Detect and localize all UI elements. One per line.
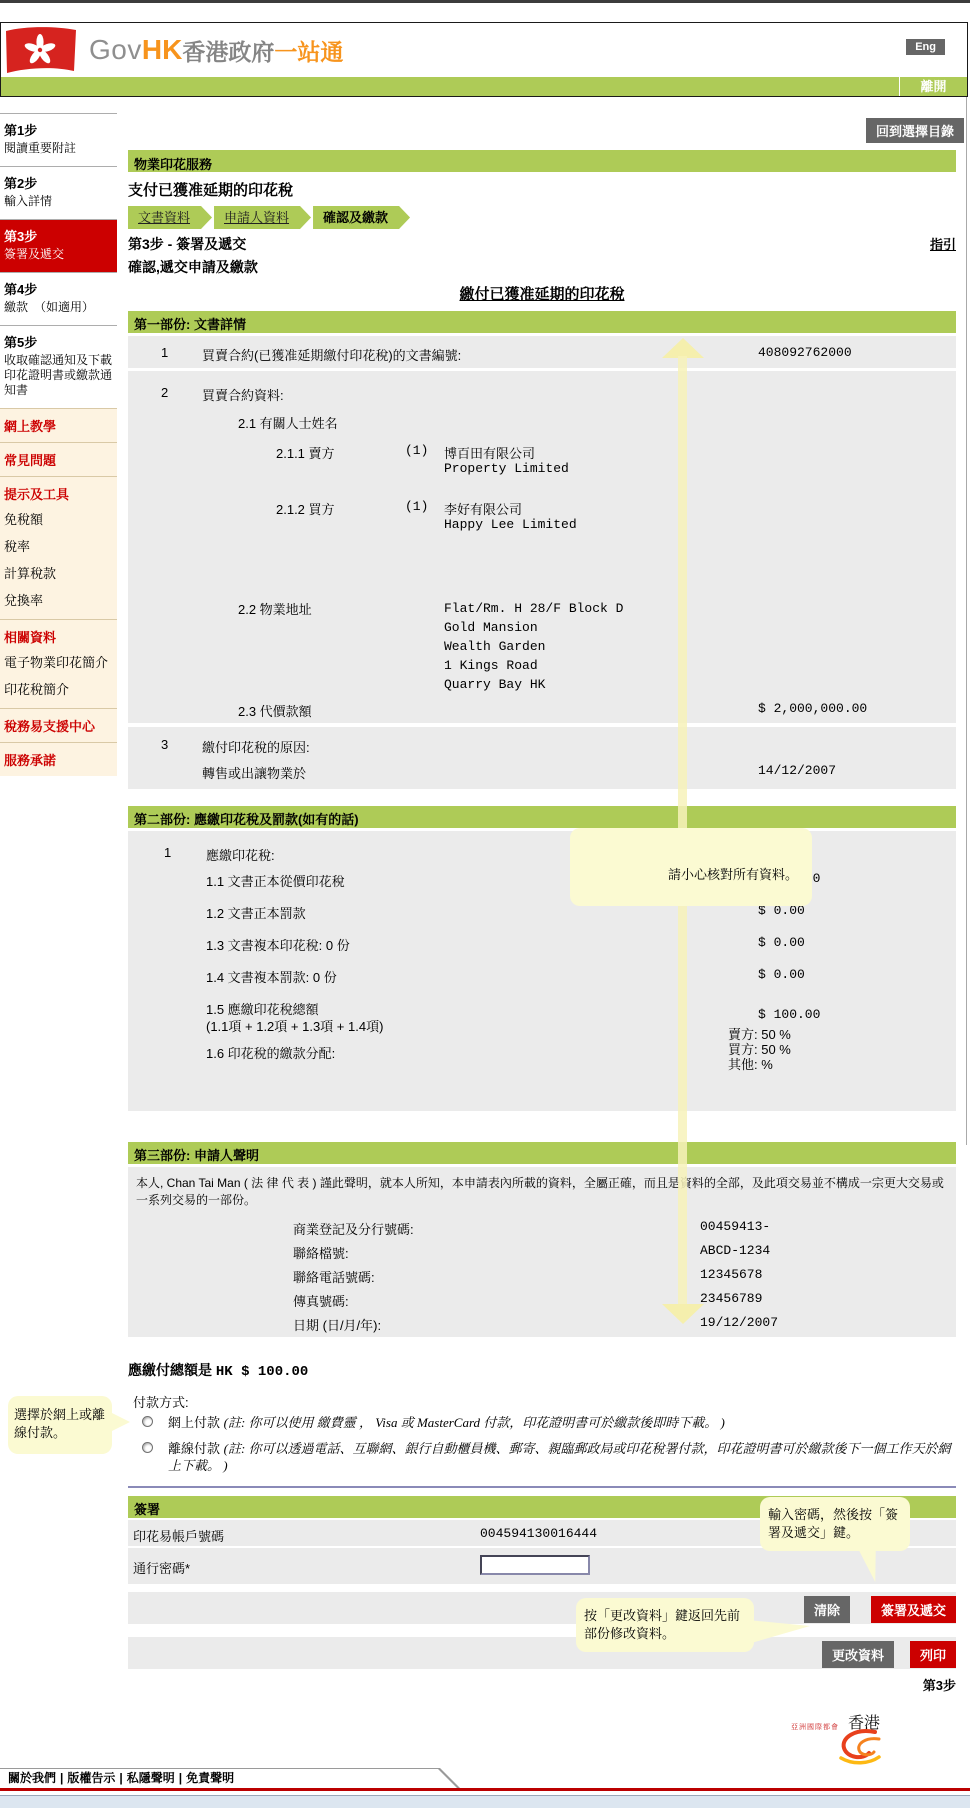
tab-document-info[interactable]: 文書資料 xyxy=(128,206,212,229)
leave-button[interactable]: 離開 xyxy=(899,77,967,96)
document-heading: 繳付已獲准延期的印花稅 xyxy=(128,283,956,301)
section-divider xyxy=(128,1486,956,1488)
property-address-value: Flat/Rm. H 28/F Block D Gold Mansion Wea… xyxy=(444,599,623,694)
part1-row1: 1 買賣合約(已獲准延期繳付印花稅)的文書編號: 408092762000 xyxy=(128,336,956,368)
row-number: 3 xyxy=(161,737,168,752)
print-button[interactable]: 列印 xyxy=(910,1641,956,1668)
service-bar: 物業印花服務 xyxy=(128,150,956,172)
bottom-step-label: 第3步 xyxy=(128,1675,956,1694)
sidebar-step-5[interactable]: 第5步 收取確認通知及下載印花證明書或繳款通知書 xyxy=(0,325,117,408)
contact-file-value: ABCD-1234 xyxy=(700,1243,770,1258)
sidebar-item-faq[interactable]: 常見問題 xyxy=(0,442,117,476)
callout-choose-payment: 選擇於網上或離線付款。 xyxy=(8,1396,112,1454)
part2-body: 1 應繳印花稅: 1.1 文書正本從價印花稅 $ 100.00 1.2 文書正本… xyxy=(128,831,956,1111)
password-row: 通行密碼* xyxy=(128,1548,956,1584)
logo-cn-text: 香港政府 xyxy=(182,34,274,67)
offline-payment-label: 離線付款 xyxy=(168,1441,220,1456)
declaration-text: 本人, Chan Tai Man ( 法 律 代 表 ) 謹此聲明，就本人所知，… xyxy=(136,1175,946,1209)
duty-12-label: 1.2 文書正本罰款 xyxy=(206,903,306,922)
consideration-label: 2.3 代價款額 xyxy=(238,701,312,720)
purchaser-index: (1) xyxy=(405,499,428,514)
step-heading: 第3步 - 簽署及遞交 xyxy=(128,236,246,252)
account-value: 004594130016444 xyxy=(480,1526,597,1541)
payment-method-label: 付款方式: xyxy=(128,1392,964,1408)
duty-intro-label: 應繳印花稅: xyxy=(206,845,275,864)
br-number-value: 00459413- xyxy=(700,1219,770,1234)
sidebar-step-4[interactable]: 第4步 繳款 （如適用） xyxy=(0,272,117,325)
footer-red-line xyxy=(0,1788,970,1791)
stamp-reason-sub: 轉售或出讓物業於 xyxy=(202,763,306,782)
part2-header: 第二部份: 應繳印花稅及罰款(如有的話) xyxy=(128,806,956,828)
tab-applicant-info[interactable]: 申請人資料 xyxy=(214,206,311,229)
sidebar-step-1[interactable]: 第1步 閱讀重要附註 xyxy=(0,113,117,166)
vendor-label: 2.1.1 賣方 xyxy=(276,443,335,462)
logo-cn2-text: 一站通 xyxy=(274,34,343,67)
sidebar-item-exchange-rate[interactable]: 兌換率 xyxy=(0,588,117,615)
row-number: 1 xyxy=(164,845,171,860)
main-content: 回到選擇目錄 物業印花服務 支付已獲准延期的印花稅 文書資料 申請人資料 確認及… xyxy=(128,110,964,1694)
sidebar-header-related: 相關資料 xyxy=(0,620,117,650)
sidebar-group-related: 相關資料 電子物業印花簡介 印花稅簡介 xyxy=(0,619,117,708)
footer-link-copyright[interactable]: 版權告示 xyxy=(67,1771,115,1785)
duty-14-value: $ 0.00 xyxy=(758,967,805,982)
duty-15-value: $ 100.00 xyxy=(758,1007,820,1022)
sidebar-item-allowance[interactable]: 免稅額 xyxy=(0,507,117,534)
part1-header: 第一部份: 文書詳情 xyxy=(128,311,956,333)
progress-tabs: 文書資料 申請人資料 確認及繳款 確認通知書 xyxy=(128,206,964,229)
date-label: 日期 (日/月/年): xyxy=(293,1315,381,1334)
sidebar-item-compute-tax[interactable]: 計算稅款 xyxy=(0,561,117,588)
purchaser-name-en: Happy Lee Limited xyxy=(444,517,577,532)
duty-16-label: 1.6 印花稅的繳款分配: xyxy=(206,1043,335,1062)
password-label: 通行密碼* xyxy=(133,1558,190,1577)
stamp-reason-label: 繳付印花稅的原因: xyxy=(202,737,310,756)
back-row: 回到選擇目錄 xyxy=(128,110,964,140)
sidebar-header-tips: 提示及工具 xyxy=(0,477,117,507)
sidebar: 第1步 閱讀重要附註 第2步 輸入詳情 第3步 簽署及遞交 第4步 繳款 （如適… xyxy=(0,113,117,776)
brand-hongkong-logo: 亞洲國際都會 香港 xyxy=(785,1700,905,1768)
callout-enter-password: 輸入密碼，然後按「簽署及遞交」鍵。 xyxy=(760,1497,910,1551)
footer-links-tab: 關於我們|版權告示|私隱聲明|免責聲明 xyxy=(0,1768,462,1788)
sidebar-step-2[interactable]: 第2步 輸入詳情 xyxy=(0,166,117,219)
online-payment-option: 網上付款 (註: 你可以使用 繳費靈 ， Visa 或 MasterCard 付… xyxy=(128,1414,956,1436)
offline-payment-option: 離線付款 (註: 你可以透過電話、互聯網、銀行自動櫃員機、郵寄、親臨郵政局或印花… xyxy=(128,1440,956,1476)
sidebar-step-3-active[interactable]: 第3步 簽署及遞交 xyxy=(0,219,117,272)
row-number: 1 xyxy=(161,345,168,360)
sidebar-menu: 網上教學 常見問題 提示及工具 免稅額 稅率 計算稅款 兌換率 相關資料 電子物… xyxy=(0,408,117,776)
contact-file-label: 聯絡檔號: xyxy=(293,1243,349,1262)
fax-label: 傳真號碼: xyxy=(293,1291,349,1310)
total-amount-value: HK $ 100.00 xyxy=(216,1364,308,1380)
contact-phone-value: 12345678 xyxy=(700,1267,762,1282)
confirm-heading: 確認,遞交申請及繳款 xyxy=(128,257,964,275)
window-top-strip xyxy=(0,0,970,3)
step-heading-row: 第3步 - 簽署及遞交 指引 xyxy=(128,234,956,252)
header-green-bar: 離開 xyxy=(1,77,967,96)
header-band: GovHK香港政府一站通 Eng 離開 xyxy=(0,22,968,97)
amend-button[interactable]: 更改資料 xyxy=(822,1641,894,1668)
footer-link-disclaimer[interactable]: 免責聲明 xyxy=(186,1771,234,1785)
offline-payment-note: (註: 你可以透過電話、互聯網、銀行自動櫃員機、郵寄、親臨郵政局或印花稅署付款，… xyxy=(168,1441,951,1473)
logo-hk-text: HK xyxy=(142,34,182,66)
callout-amend-info: 按「更改資料」鍵返回先前部份修改資料。 xyxy=(576,1598,754,1652)
content-right-rule xyxy=(966,97,967,1145)
sidebar-item-stampduty-intro[interactable]: 印花稅簡介 xyxy=(0,677,117,704)
password-input[interactable] xyxy=(480,1555,590,1575)
vendor-name-cn: 博百田有限公司 xyxy=(444,443,535,462)
duty-13-label: 1.3 文書複本印花稅: 0 份 xyxy=(206,935,350,954)
part1-row2: 2 買賣合約資料: 2.1 有關人士姓名 2.1.1 賣方 (1) 博百田有限公… xyxy=(128,371,956,723)
hk-flag-icon xyxy=(3,25,79,75)
sidebar-item-estamping-intro[interactable]: 電子物業印花簡介 xyxy=(0,650,117,677)
vendor-index: (1) xyxy=(405,443,428,458)
sidebar-item-support-centre[interactable]: 稅務易支援中心 xyxy=(0,708,117,742)
bottom-status-bar xyxy=(0,1795,970,1808)
purchaser-name-cn: 李好有限公司 xyxy=(444,499,522,518)
language-eng-button[interactable]: Eng xyxy=(906,39,945,55)
online-payment-label: 網上付款 xyxy=(168,1415,220,1430)
doc-ref-value: 408092762000 xyxy=(758,345,852,360)
footer-link-privacy[interactable]: 私隱聲明 xyxy=(127,1771,175,1785)
button-strip-2: 更改資料 列印 xyxy=(128,1637,956,1669)
agreement-info-label: 買賣合約資料: xyxy=(202,385,284,404)
offline-payment-radio[interactable] xyxy=(142,1442,153,1453)
part3-header: 第三部份: 申請人聲明 xyxy=(128,1142,956,1164)
doc-ref-label: 買賣合約(已獲准延期繳付印花稅)的文書編號: xyxy=(202,345,461,364)
logo-gov-text: Gov xyxy=(89,34,142,66)
duty-allocation-value: 賣方: 50 % 買方: 50 % 其他: % xyxy=(728,1027,791,1072)
back-to-menu-button[interactable]: 回到選擇目錄 xyxy=(866,118,964,143)
sign-submit-button[interactable]: 簽署及遞交 xyxy=(871,1596,956,1623)
online-payment-radio[interactable] xyxy=(142,1416,153,1427)
sidebar-group-tips: 提示及工具 免稅額 稅率 計算稅款 兌換率 xyxy=(0,476,117,619)
property-address-label: 2.2 物業地址 xyxy=(238,599,312,618)
duty-11-label: 1.1 文書正本從價印花稅 xyxy=(206,871,345,890)
button-strip-1: 清除 簽署及遞交 xyxy=(128,1592,956,1624)
row-number: 2 xyxy=(161,385,168,400)
page-title: 支付已獲准延期的印花稅 xyxy=(128,179,964,197)
clear-button[interactable]: 清除 xyxy=(804,1596,850,1623)
footer-link-about[interactable]: 關於我們 xyxy=(8,1771,56,1785)
purchaser-label: 2.1.2 買方 xyxy=(276,499,335,518)
callout-check-data: 請小心核對所有資料。 xyxy=(570,828,812,906)
guide-link[interactable]: 指引 xyxy=(930,234,956,253)
parties-label: 2.1 有關人士姓名 xyxy=(238,413,338,432)
sidebar-item-tutorial[interactable]: 網上教學 xyxy=(0,408,117,442)
sidebar-item-pledge[interactable]: 服務承諾 xyxy=(0,742,117,776)
stamp-reason-date: 14/12/2007 xyxy=(758,763,836,778)
tab-confirm-and-payment[interactable]: 確認及繳款 xyxy=(313,206,410,229)
duty-15-formula: (1.1項 + 1.2項 + 1.3項 + 1.4項) xyxy=(206,1016,383,1035)
consideration-value: $ 2,000,000.00 xyxy=(758,701,867,716)
dragon-icon xyxy=(813,1726,893,1768)
duty-14-label: 1.4 文書複本罰款: 0 份 xyxy=(206,967,337,986)
total-amount-line: 應繳付總額是 HK $ 100.00 xyxy=(128,1360,964,1378)
account-label: 印花易帳戶號碼 xyxy=(133,1526,224,1545)
date-value: 19/12/2007 xyxy=(700,1315,778,1330)
part1-row3: 3 繳付印花稅的原因: 轉售或出讓物業於 14/12/2007 xyxy=(128,727,956,789)
duty-13-value: $ 0.00 xyxy=(758,935,805,950)
br-number-label: 商業登記及分行號碼: xyxy=(293,1219,414,1238)
sidebar-item-rates[interactable]: 稅率 xyxy=(0,534,117,561)
online-payment-note: (註: 你可以使用 繳費靈 ， Visa 或 MasterCard 付款，印花證… xyxy=(224,1415,725,1430)
callout-choose-tail xyxy=(110,1412,130,1432)
callout-amend-tail xyxy=(748,1620,810,1644)
fax-value: 23456789 xyxy=(700,1291,762,1306)
part3-body: 本人, Chan Tai Man ( 法 律 代 表 ) 謹此聲明，就本人所知，… xyxy=(128,1167,956,1337)
contact-phone-label: 聯絡電話號碼: xyxy=(293,1267,375,1286)
logo-area: GovHK香港政府一站通 Eng xyxy=(1,23,967,77)
govhk-logo: GovHK香港政府一站通 xyxy=(89,23,343,77)
vendor-name-en: Property Limited xyxy=(444,461,569,476)
